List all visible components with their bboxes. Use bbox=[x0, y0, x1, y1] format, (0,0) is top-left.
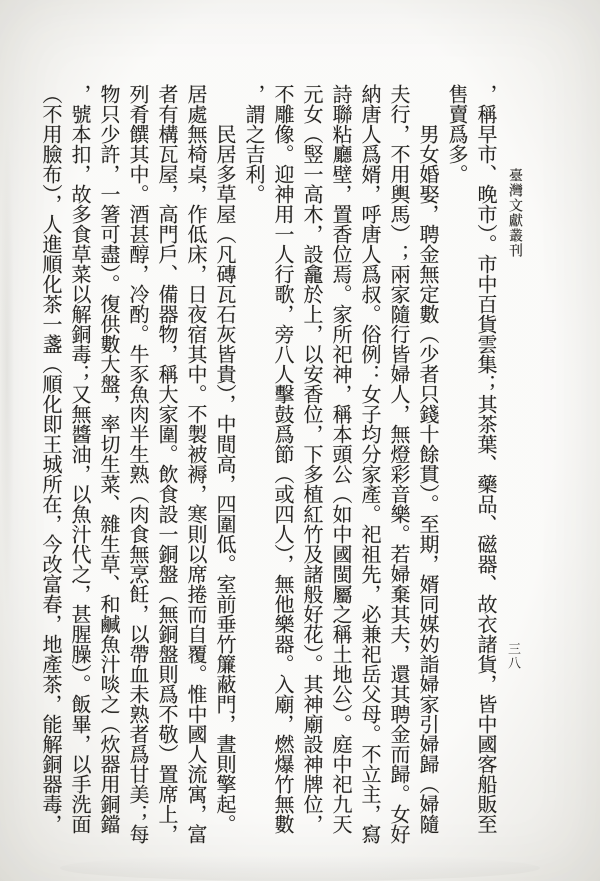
text-column: 元女（竪一高木，設龕於上，以安香位，下多植紅竹及諸般好花）。其神廟設神牌位， bbox=[297, 84, 326, 852]
body-text: ，稱早市、晚市）。市中百貨雲集；其茶葉、藥品、磁器、故衣諸貨，皆中國客船販至 售… bbox=[36, 84, 500, 852]
text-column: 不雕像。迎神用一人行歌，旁八人擊鼓爲節（或四人），無他樂器。入廟，燃爆竹無數 bbox=[268, 84, 297, 852]
text-column: 者有構瓦屋，高門戶、備器物，稱大家圍。飲食設一銅盤（無銅盤則爲不敬）置席上， bbox=[152, 84, 181, 852]
text-column: ，謂之吉利。 bbox=[239, 84, 268, 852]
scan-blemish bbox=[60, 855, 540, 881]
text-column: 列肴饌其中。酒甚醇，冷酌。牛豕魚肉半生熟（肉食無烹飪，以帶血未熟者爲甘美；每 bbox=[123, 84, 152, 852]
text-column: 居處無椅桌，作低床，日夜宿其中。不製被褥，寒則以席捲而自覆。惟中國人流寓，富 bbox=[181, 84, 210, 852]
scanned-book-page: 臺灣文獻叢刊 三八 ，稱早市、晚市）。市中百貨雲集；其茶葉、藥品、磁器、故衣諸貨… bbox=[0, 0, 600, 881]
text-column: 詩聯粘廳壁，置香位焉。家所祀神，稱本頭公（如中國閩屬之稱土地公）。庭中祀九天 bbox=[326, 84, 355, 852]
scan-blemish bbox=[0, 120, 14, 620]
text-column: 男女婚娶，聘金無定數（少者只錢十餘貫）。至期，婿同媒妁詣婦家引婦歸（婦隨 bbox=[413, 84, 442, 852]
series-title: 臺灣文獻叢刊 bbox=[505, 168, 525, 258]
text-column: 民居多草屋（凡磚瓦石灰皆貴），中間高，四圍低。室前垂竹簾蔽門，晝則擎起。 bbox=[210, 84, 239, 852]
text-column: ，號本扣，故多食草菜以解銅毒；又無醬油，以魚汁代之，甚腥臊）。飯畢，以手洗面 bbox=[65, 84, 94, 852]
text-column: 物只少許，一箸可盡）。復供數大盤，率切生菜、雜生草、和鹹魚汁啖之（炊器用銅鐺 bbox=[94, 84, 123, 852]
text-column: ，稱早市、晚市）。市中百貨雲集；其茶葉、藥品、磁器、故衣諸貨，皆中國客船販至 bbox=[471, 84, 500, 852]
text-column: 售賣爲多。 bbox=[442, 84, 471, 852]
text-column: 夫行，不用輿馬）；兩家隨行皆婦人，無燈彩音樂。若婦棄其夫，還其聘金而歸。女好 bbox=[384, 84, 413, 852]
text-column: （不用臉布），人進順化茶一盞（順化即王城所在，今改富春，地產茶，能解銅器毒， bbox=[36, 84, 65, 852]
page-number: 三八 bbox=[503, 642, 522, 670]
text-column: 納唐人爲婿，呼唐人爲叔。俗例：女子均分家產。祀祖先，必兼祀岳父母。不立主，寫 bbox=[355, 84, 384, 852]
